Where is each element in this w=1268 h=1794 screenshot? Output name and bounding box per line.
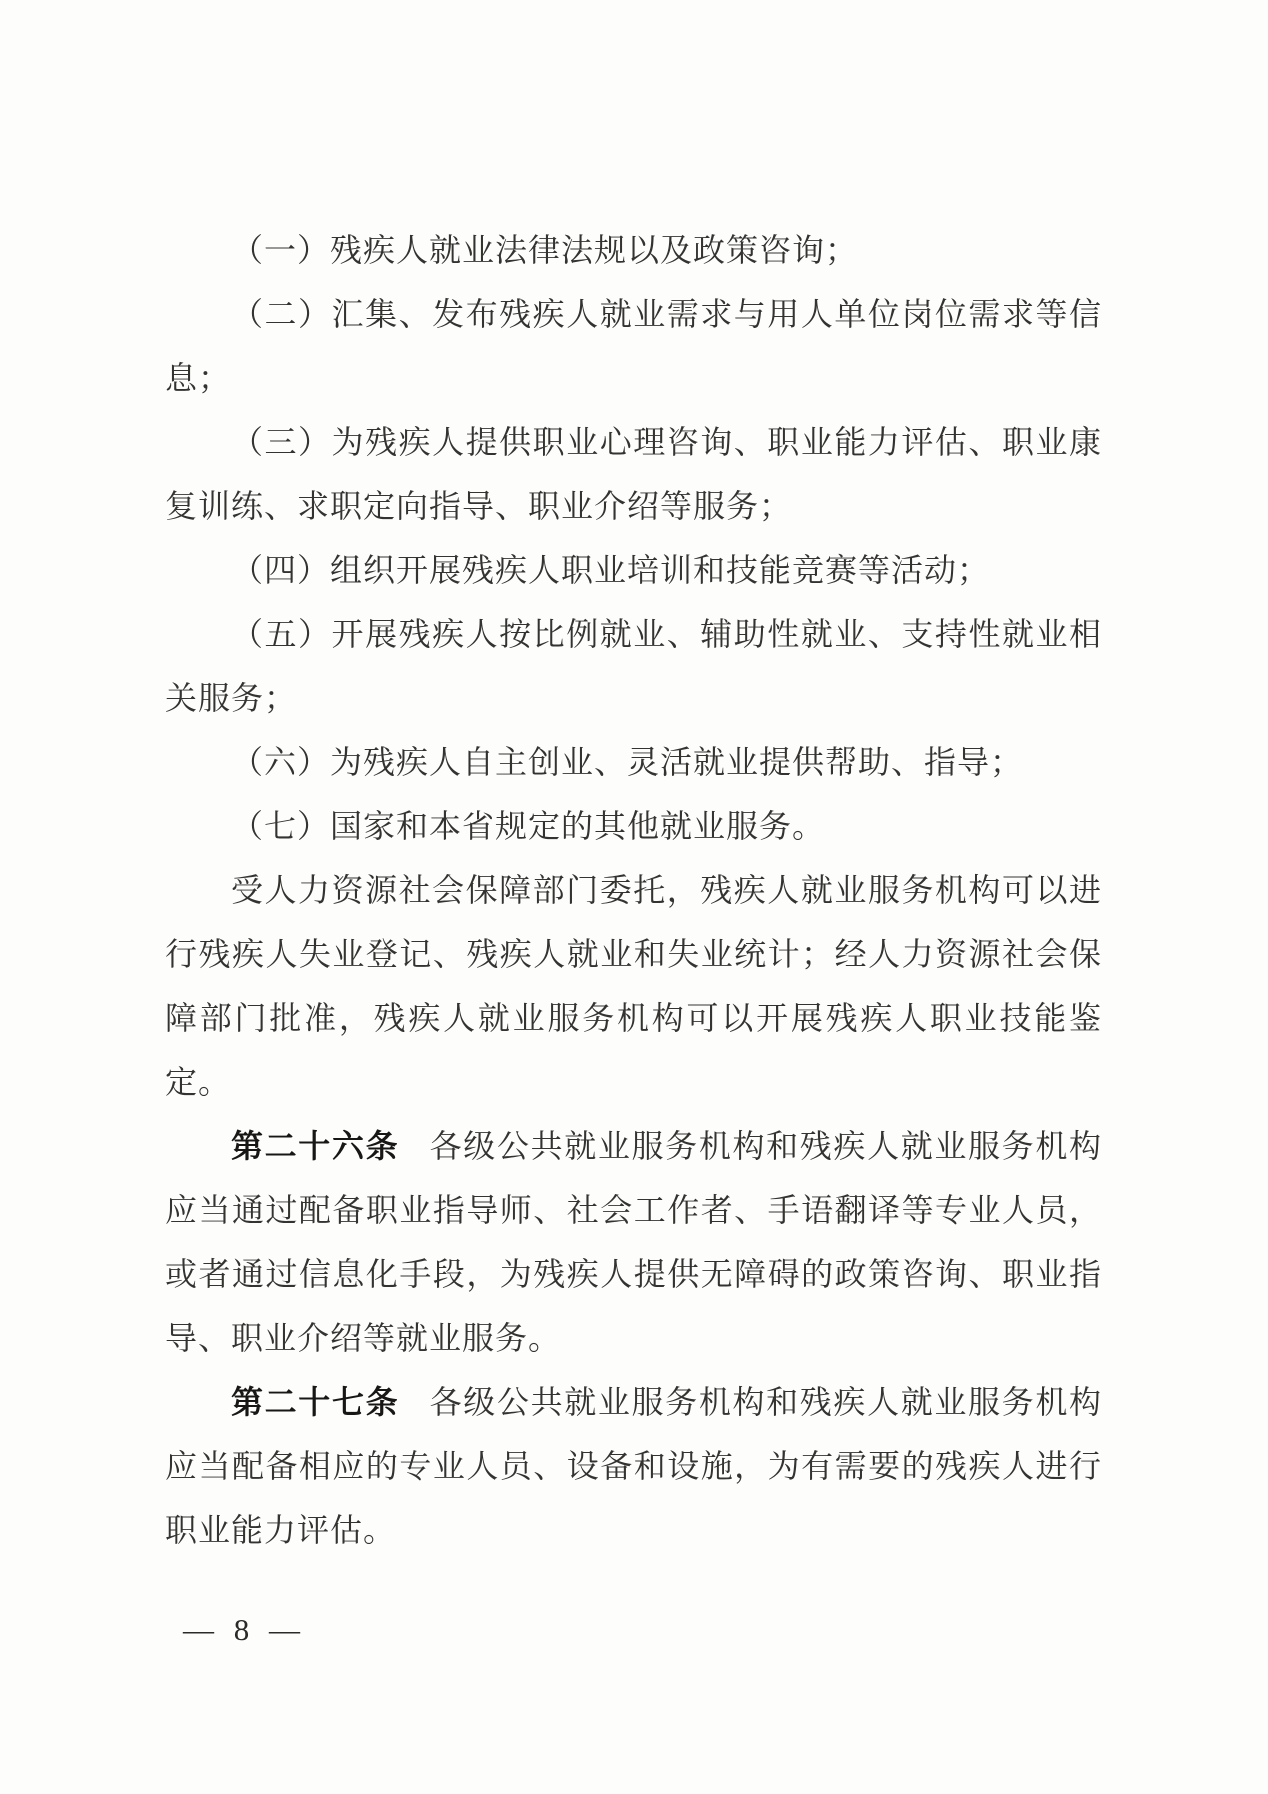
article-number: 第二十六条: [231, 1128, 399, 1164]
text-line: （三）为残疾人提供职业心理咨询、职业能力评估、职业康: [165, 410, 1102, 474]
text-line: （四）组织开展残疾人职业培训和技能竞赛等活动；: [165, 538, 1102, 602]
text-line: 息；: [165, 346, 1102, 410]
text-line-article: 第二十六条各级公共就业服务机构和残疾人就业服务机构: [165, 1114, 1102, 1178]
text-line: 行残疾人失业登记、残疾人就业和失业统计；经人力资源社会保: [165, 922, 1102, 986]
text-line: 障部门批准，残疾人就业服务机构可以开展残疾人职业技能鉴: [165, 986, 1102, 1050]
document-body: （一）残疾人就业法律法规以及政策咨询； （二）汇集、发布残疾人就业需求与用人单位…: [165, 218, 1102, 1562]
text-line: （二）汇集、发布残疾人就业需求与用人单位岗位需求等信: [165, 282, 1102, 346]
text-line: 应当配备相应的专业人员、设备和设施，为有需要的残疾人进行: [165, 1434, 1102, 1498]
article-text: 各级公共就业服务机构和残疾人就业服务机构: [430, 1128, 1102, 1164]
text-line: （五）开展残疾人按比例就业、辅助性就业、支持性就业相: [165, 602, 1102, 666]
document-page: （一）残疾人就业法律法规以及政策咨询； （二）汇集、发布残疾人就业需求与用人单位…: [0, 0, 1268, 1794]
page-number: — 8 —: [183, 1612, 306, 1648]
text-line: 职业能力评估。: [165, 1498, 1102, 1562]
text-line: 定。: [165, 1050, 1102, 1114]
text-line: 复训练、求职定向指导、职业介绍等服务；: [165, 474, 1102, 538]
text-line: （七）国家和本省规定的其他就业服务。: [165, 794, 1102, 858]
text-line: 关服务；: [165, 666, 1102, 730]
text-line: （一）残疾人就业法律法规以及政策咨询；: [165, 218, 1102, 282]
text-line: 受人力资源社会保障部门委托，残疾人就业服务机构可以进: [165, 858, 1102, 922]
article-number: 第二十七条: [231, 1384, 399, 1420]
text-line: 应当通过配备职业指导师、社会工作者、手语翻译等专业人员，: [165, 1178, 1102, 1242]
text-line: 或者通过信息化手段，为残疾人提供无障碍的政策咨询、职业指: [165, 1242, 1102, 1306]
text-line: （六）为残疾人自主创业、灵活就业提供帮助、指导；: [165, 730, 1102, 794]
article-text: 各级公共就业服务机构和残疾人就业服务机构: [430, 1384, 1102, 1420]
text-line-article: 第二十七条各级公共就业服务机构和残疾人就业服务机构: [165, 1370, 1102, 1434]
text-line: 导、职业介绍等就业服务。: [165, 1306, 1102, 1370]
